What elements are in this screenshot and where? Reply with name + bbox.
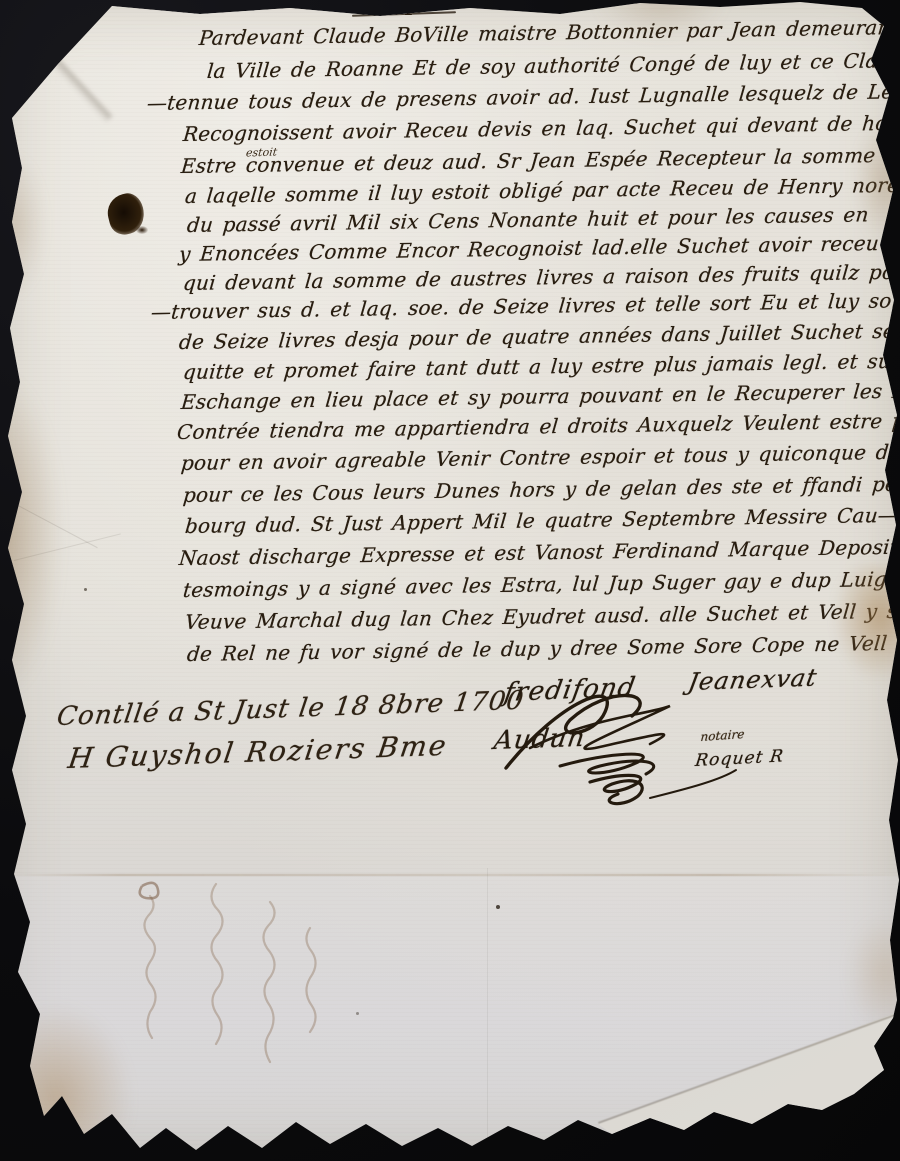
manuscript-line: de Rel ne fu vor signé de le dup y dree … bbox=[186, 630, 900, 666]
manuscript-line: pour ce les Cous leurs Dunes hors y de g… bbox=[182, 471, 900, 507]
manuscript-line: quitte et promet faire tant dutt a luy e… bbox=[182, 348, 900, 384]
manuscript-line: Estre convenue et deuz aud. Sr Jean Espé… bbox=[180, 141, 900, 178]
manuscript-line: de Seize livres desja pour de quatre ann… bbox=[178, 317, 900, 354]
manuscript-paper: 4 Pardevant Claude BoVille maistre Botto… bbox=[0, 0, 900, 1161]
lower-panel-tone bbox=[0, 876, 900, 1161]
manuscript-line: Pardevant Claude BoVille maistre Bottonn… bbox=[198, 15, 900, 50]
document-photo: 4 Pardevant Claude BoVille maistre Botto… bbox=[0, 0, 900, 1161]
manuscript-line: Veuve Marchal dug lan Chez Eyudret ausd.… bbox=[184, 598, 900, 634]
manuscript-line: Naost discharge Expresse et est Vanost F… bbox=[178, 534, 900, 570]
folded-corner-shade bbox=[0, 2, 112, 123]
manuscript-line: Eschange en lieu place et sy pourra pouv… bbox=[180, 377, 900, 414]
signature-name1: fredifond bbox=[502, 672, 638, 708]
manuscript-line: Contrée tiendra me appartiendra el droit… bbox=[176, 408, 900, 444]
ink-speck bbox=[84, 588, 87, 591]
manuscript-line: la Ville de Roanne Et de soy authorité C… bbox=[206, 45, 900, 83]
stain-left-edge bbox=[0, 370, 62, 700]
stain-left-upper bbox=[2, 150, 46, 300]
manuscript-line: Recognoissent avoir Receu devis en laq. … bbox=[182, 109, 900, 146]
manuscript-line: —tennue tous deux de presens avoir ad. I… bbox=[146, 78, 900, 115]
controle-note-line1: Contllé a St Just le 18 8bre 1700 bbox=[55, 686, 526, 732]
signature-name2: Jeanexvat bbox=[686, 664, 820, 696]
signature-notary: Audun bbox=[492, 723, 587, 756]
manuscript-line: pour en avoir agreable Venir Contre espo… bbox=[180, 439, 900, 475]
interline-note: estoit bbox=[245, 145, 278, 159]
manuscript-line: bourg dud. St Just Appert Mil le quatre … bbox=[184, 503, 899, 538]
signature-clerk: Roquet R bbox=[694, 746, 785, 771]
ink-blot-tail bbox=[136, 226, 148, 234]
controle-note-line2: H Guyshol Roziers Bme bbox=[66, 729, 450, 775]
manuscript-line: tesmoings y a signé avec les Estra, lul … bbox=[182, 565, 900, 602]
vertical-fold-crease bbox=[487, 868, 488, 1158]
left-edge-crease bbox=[14, 533, 121, 561]
page-number: 4 bbox=[360, 0, 456, 20]
signature-notary-title: notaire bbox=[700, 727, 745, 744]
